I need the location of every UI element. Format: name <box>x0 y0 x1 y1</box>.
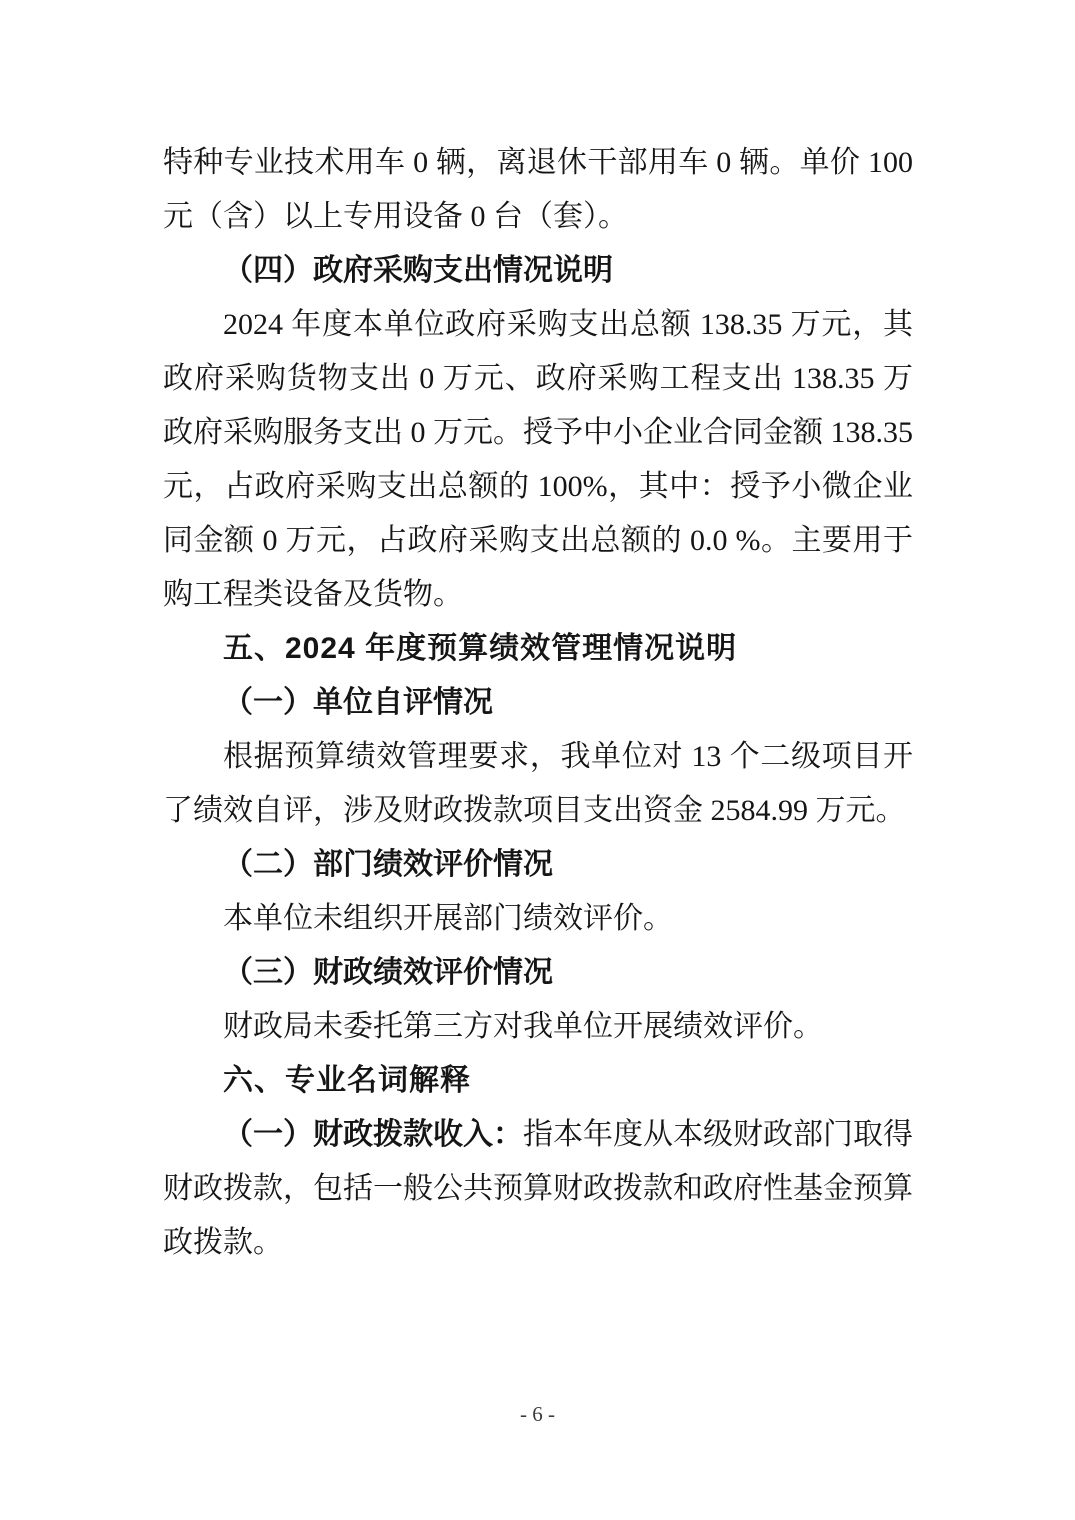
subsection-heading-5-1: （一）单位自评情况 <box>163 676 913 730</box>
page-number: - 6 - <box>0 1399 1075 1429</box>
document-page: 特种专业技术用车 0 辆，离退休干部用车 0 辆。单价 100 万 元（含）以上… <box>0 0 1075 1520</box>
body-line: 财政拨款，包括一般公共预算财政拨款和政府性基金预算财 <box>163 1162 913 1216</box>
body-line: 特种专业技术用车 0 辆，离退休干部用车 0 辆。单价 100 万 <box>163 136 913 190</box>
text-block: 特种专业技术用车 0 辆，离退休干部用车 0 辆。单价 100 万 元（含）以上… <box>163 136 913 1270</box>
body-line: 政拨款。 <box>163 1216 913 1270</box>
body-line: 本单位未组织开展部门绩效评价。 <box>163 892 913 946</box>
body-line: 元，占政府采购支出总额的 100%，其中：授予小微企业合 <box>163 460 913 514</box>
body-line: 了绩效自评，涉及财政拨款项目支出资金 2584.99 万元。 <box>163 784 913 838</box>
body-line: 元（含）以上专用设备 0 台（套）。 <box>163 190 913 244</box>
body-line: 财政局未委托第三方对我单位开展绩效评价。 <box>163 1000 913 1054</box>
body-line: 购工程类设备及货物。 <box>163 568 913 622</box>
term-label: （一）财政拨款收入： <box>223 1118 523 1151</box>
term-definition-line: （一）财政拨款收入：指本年度从本级财政部门取得的 <box>163 1108 913 1162</box>
subsection-heading-5-2: （二）部门绩效评价情况 <box>163 838 913 892</box>
body-line: 政府采购货物支出 0 万元、政府采购工程支出 138.35 万元、 <box>163 352 913 406</box>
body-line: 同金额 0 万元，占政府采购支出总额的 0.0 %。主要用于采 <box>163 514 913 568</box>
section-heading-5: 五、2024 年度预算绩效管理情况说明 <box>163 622 913 676</box>
section-heading-6: 六、专业名词解释 <box>163 1054 913 1108</box>
subsection-heading-5-3: （三）财政绩效评价情况 <box>163 946 913 1000</box>
subsection-heading-4: （四）政府采购支出情况说明 <box>163 244 913 298</box>
body-line: 政府采购服务支出 0 万元。授予中小企业合同金额 138.35 万 <box>163 406 913 460</box>
body-line: 根据预算绩效管理要求，我单位对 13 个二级项目开展 <box>163 730 913 784</box>
body-line: 2024 年度本单位政府采购支出总额 138.35 万元，其中： <box>163 298 913 352</box>
